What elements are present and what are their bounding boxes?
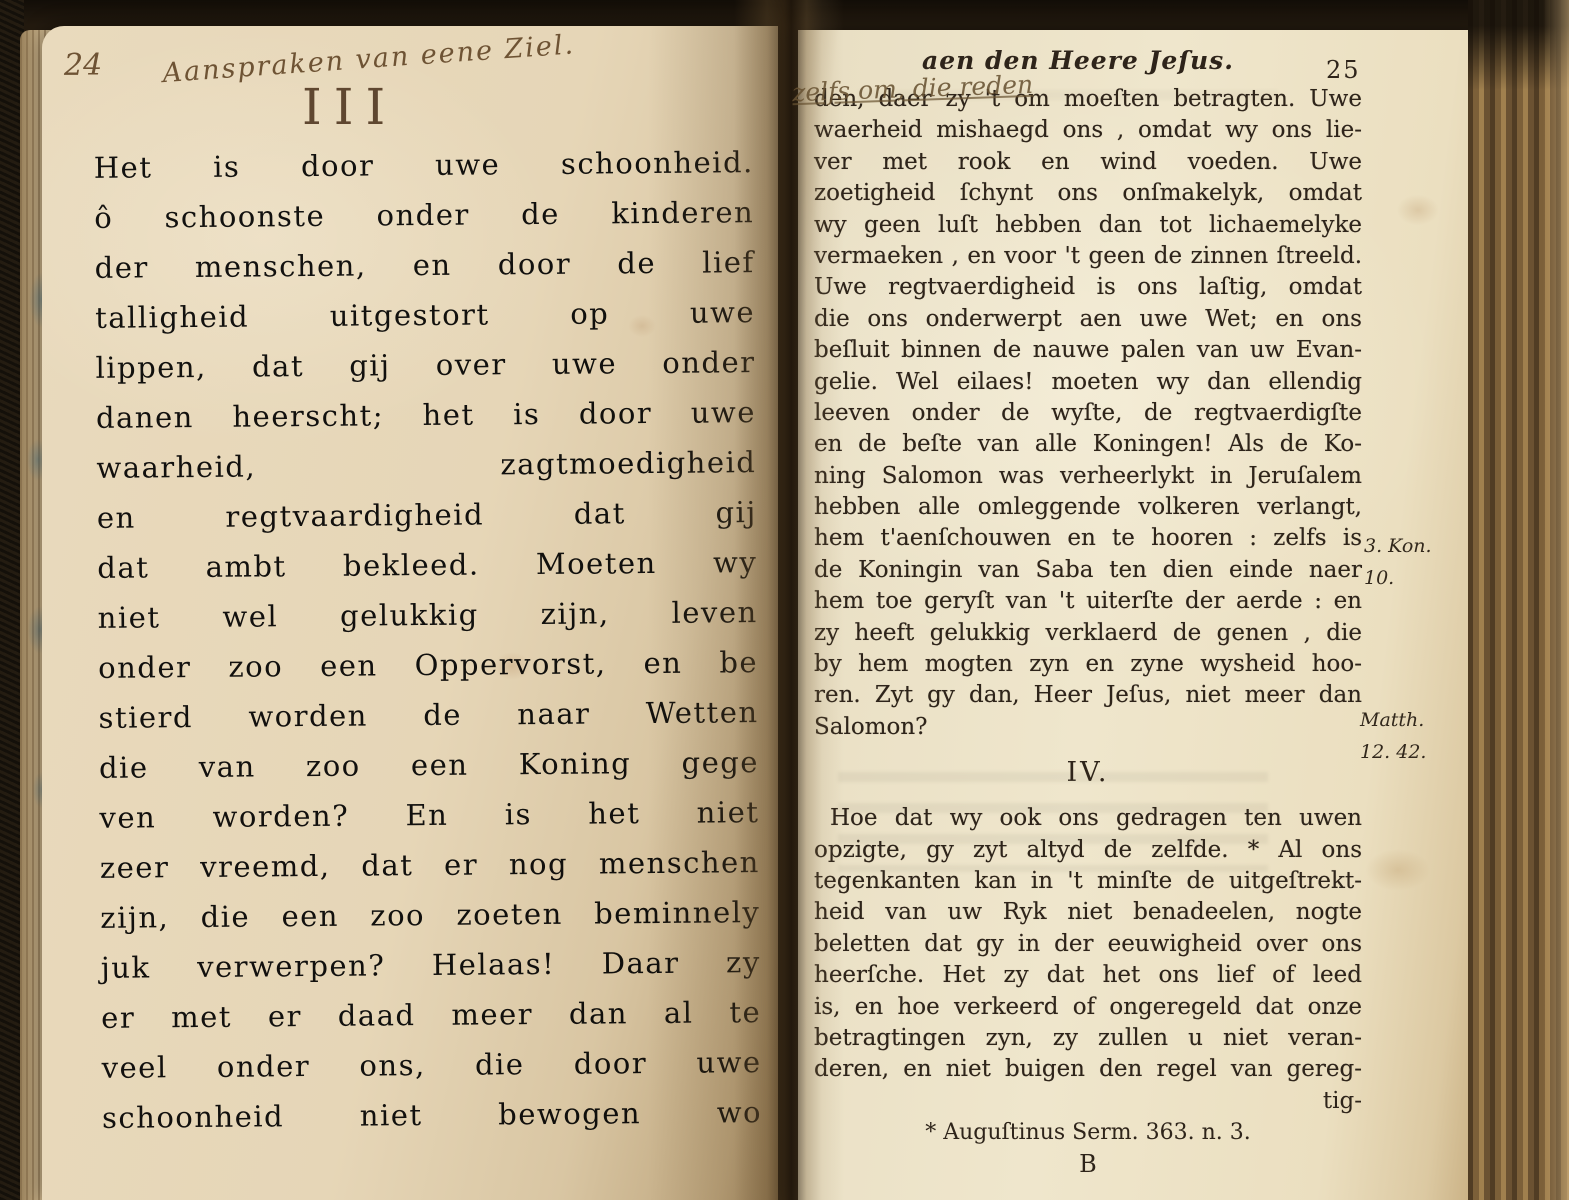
printed-line: gelie. Wel eilaes! moeten wy dan ellendi…: [814, 369, 1362, 400]
manuscript-line: en regtvaardigheid dat gij: [97, 495, 757, 551]
printed-line: en de beſte van alle Koningen! Als de Ko…: [814, 431, 1362, 462]
printed-line: leeven onder de wyſte, de regtvaerdigſte: [814, 400, 1362, 431]
printed-line: vermaeken , en voor 't geen de zinnen ſt…: [814, 243, 1362, 274]
margin-note-line: 10.: [1364, 562, 1432, 594]
fore-edge-highlight: [1543, 0, 1569, 1200]
manuscript-line: ô schoonste onder de kinderen: [94, 195, 754, 251]
manuscript-line: onder zoo een Oppervorst, en be: [98, 645, 758, 701]
right-page: aen den Heere Jeſus. 25 zelfs om, die re…: [798, 30, 1482, 1200]
printed-line: ver met rook en wind voeden. Uwe: [814, 149, 1362, 180]
margin-note-kings: 3. Kon. 10.: [1364, 530, 1432, 594]
manuscript-line: er met er daad meer dan al te: [101, 995, 761, 1051]
printed-line: beletten dat gy in der eeuwigheid over o…: [814, 931, 1362, 962]
printed-line: waerheid mishaegd ons , omdat wy ons lie…: [814, 117, 1362, 148]
left-running-header: Aanspraken van eene Ziel.: [162, 22, 683, 89]
page-edge-stack-right: [1468, 0, 1569, 1200]
manuscript-line: ven worden? En is het niet: [99, 795, 759, 851]
printed-line: opzigte, gy zyt altyd de zelfde. * Al on…: [814, 837, 1362, 868]
margin-note-matthew: Matth. 12. 42.: [1360, 704, 1426, 768]
margin-note-line: 12. 42.: [1360, 736, 1426, 768]
printed-line: by hem mogten zyn en zyne wysheid hoo-: [814, 651, 1362, 682]
section-heading: IV.: [814, 757, 1362, 797]
printed-line: hebben alle omleggende volkeren verlangt…: [814, 494, 1362, 525]
printed-line: betragtingen zyn, zy zullen u niet veran…: [814, 1025, 1362, 1056]
manuscript-line: zijn, die een zoo zoeten beminnely: [100, 895, 760, 951]
margin-note-line: 3. Kon.: [1364, 530, 1432, 562]
catchword: tig-: [814, 1088, 1362, 1118]
manuscript-line: juk verwerpen? Helaas! Daar zy: [101, 945, 761, 1001]
manuscript-line: niet wel gelukkig zijn, leven: [98, 595, 758, 651]
printed-line: wy geen luſt hebben dan tot lichaemelyke: [814, 212, 1362, 243]
printed-text-column: den, daer zy 't om moeſten betragten. Uw…: [814, 86, 1362, 1178]
printed-line: Uwe regtvaerdigheid is ons laſtig, omdat: [814, 274, 1362, 305]
book-photo: 24 Aanspraken van eene Ziel. III Het is …: [0, 0, 1569, 1200]
printed-line: de Koningin van Saba ten dien einde naer: [814, 557, 1362, 588]
printed-line: Salomon?: [814, 714, 1362, 745]
manuscript-line: der menschen, en door de lief: [95, 245, 755, 301]
footnote: * Auguſtinus Serm. 363. n. 3.: [814, 1120, 1362, 1150]
signature-mark: B: [814, 1150, 1362, 1178]
printed-line: beſluit binnen de nauwe palen van uw Eva…: [814, 337, 1362, 368]
left-section-numeral: III: [302, 78, 397, 136]
printed-line: ren. Zyt gy dan, Heer Jeſus, niet meer d…: [814, 682, 1362, 713]
printed-line: Hoe dat wy ook ons gedragen ten uwen: [814, 805, 1362, 836]
manuscript-line: Het is door uwe schoonheid.: [94, 145, 754, 201]
printed-line: tegenkanten kan in 't minſte de uitgeſtr…: [814, 868, 1362, 899]
left-page-number: 24: [64, 48, 102, 83]
manuscript-line: die van zoo een Koning gege: [99, 745, 759, 801]
printed-line: zy heeft gelukkig verklaerd de genen , d…: [814, 620, 1362, 651]
manuscript-line: zeer vreemd, dat er nog menschen: [100, 845, 760, 901]
printed-line: hem t'aenſchouwen en te hooren : zelfs i…: [814, 525, 1362, 556]
printed-line: ning Salomon was verheerlykt in Jeruſale…: [814, 463, 1362, 494]
manuscript-line: danen heerscht; het is door uwe: [96, 395, 756, 451]
printed-line: is, en hoe verkeerd of ongeregeld dat on…: [814, 994, 1362, 1025]
manuscript-line: talligheid uitgestort op uwe: [95, 295, 755, 351]
printed-line: deren, en niet buigen den regel van gere…: [814, 1056, 1362, 1087]
printed-line: die ons onderwerpt aen uwe Wet; en ons: [814, 306, 1362, 337]
manuscript-line: schoonheid niet bewogen wo: [102, 1095, 762, 1151]
printed-line: heid van uw Ryk niet benadeelen, nogte: [814, 899, 1362, 930]
manuscript-text: Het is door uwe schoonheid. ô schoonste …: [94, 145, 763, 1151]
book-gutter: [734, 0, 844, 1200]
margin-note-line: Matth.: [1360, 704, 1426, 736]
manuscript-line: waarheid, zagtmoedigheid: [96, 445, 756, 501]
printed-line: zoetigheid ſchynt ons onſmakelyk, omdat: [814, 180, 1362, 211]
printed-line: heerſche. Het zy dat het ons lief of lee…: [814, 962, 1362, 993]
right-page-number: 25: [1326, 56, 1361, 84]
manuscript-line: lippen, dat gij over uwe onder: [95, 345, 755, 401]
printed-line: hem toe geryſt van 't uiterſte der aerde…: [814, 588, 1362, 619]
manuscript-line: stierd worden de naar Wetten: [98, 695, 758, 751]
left-page: 24 Aanspraken van eene Ziel. III Het is …: [42, 26, 778, 1200]
manuscript-line: veel onder ons, die door uwe: [102, 1045, 762, 1101]
manuscript-line: dat ambt bekleed. Moeten wy: [97, 545, 757, 601]
